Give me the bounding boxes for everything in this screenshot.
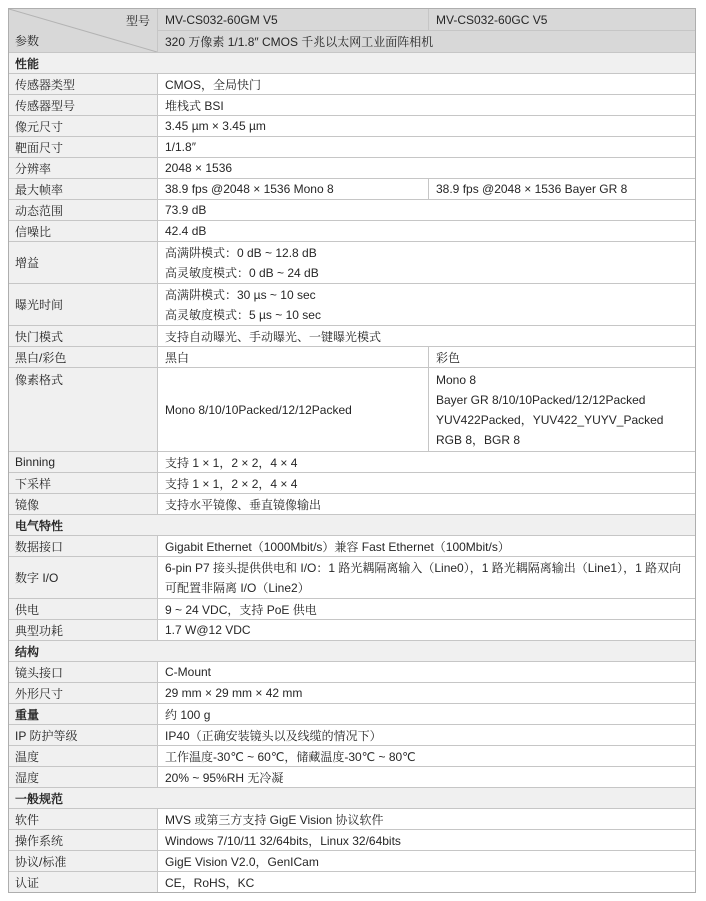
row-label: 数字 I/O: [9, 557, 158, 598]
row-value: Gigabit Ethernet（1000Mbit/s）兼容 Fast Ethe…: [158, 536, 695, 556]
table-row: 曝光时间 高满阱模式：30 µs ~ 10 sec 高灵敏度模式：5 µs ~ …: [9, 284, 695, 326]
row-label: 协议/标准: [9, 851, 158, 871]
spec-table: 型号 参数 MV-CS032-60GM V5 MV-CS032-60GC V5 …: [8, 8, 696, 893]
table-row: 动态范围 73.9 dB: [9, 200, 695, 221]
model-name-mono: MV-CS032-60GM V5: [158, 9, 429, 30]
row-label: 动态范围: [9, 200, 158, 220]
header-corner-cell: 型号 参数: [9, 9, 158, 52]
row-value: 20% ~ 95%RH 无冷凝: [158, 767, 695, 787]
table-row: 供电 9 ~ 24 VDC，支持 PoE 供电: [9, 599, 695, 620]
table-row: 分辨率 2048 × 1536: [9, 158, 695, 179]
row-value-color: 彩色: [429, 347, 695, 367]
row-value-color: Mono 8 Bayer GR 8/10/10Packed/12/12Packe…: [429, 368, 695, 451]
row-label: 数据接口: [9, 536, 158, 556]
table-row-split: 最大帧率 38.9 fps @2048 × 1536 Mono 8 38.9 f…: [9, 179, 695, 200]
table-row: 软件 MVS 或第三方支持 GigE Vision 协议软件: [9, 809, 695, 830]
model-name-color: MV-CS032-60GC V5: [429, 9, 695, 30]
table-row: 认证 CE，RoHS，KC: [9, 872, 695, 892]
row-label: 像素格式: [9, 368, 158, 451]
row-value: 9 ~ 24 VDC，支持 PoE 供电: [158, 599, 695, 619]
row-label: 分辨率: [9, 158, 158, 178]
row-label: 温度: [9, 746, 158, 766]
row-label: 软件: [9, 809, 158, 829]
table-row: 靶面尺寸 1/1.8″: [9, 137, 695, 158]
row-value: IP40（正确安装镜头以及线缆的情况下）: [158, 725, 695, 745]
row-value: GigE Vision V2.0，GenICam: [158, 851, 695, 871]
table-row: 像元尺寸 3.45 µm × 3.45 µm: [9, 116, 695, 137]
row-label: 传感器类型: [9, 74, 158, 94]
row-label: IP 防护等级: [9, 725, 158, 745]
section-row-performance: 性能: [9, 53, 695, 74]
section-row-electrical: 电气特性: [9, 515, 695, 536]
table-row: 重量 约 100 g: [9, 704, 695, 725]
table-row: Binning 支持 1 × 1，2 × 2，4 × 4: [9, 452, 695, 473]
row-value-mono: 38.9 fps @2048 × 1536 Mono 8: [158, 179, 429, 199]
row-label: 外形尺寸: [9, 683, 158, 703]
page: { "colors": { "header_bg": "#d8d8d8", "l…: [0, 0, 706, 901]
table-row: 镜像 支持水平镜像、垂直镜像输出: [9, 494, 695, 515]
table-row: 数字 I/O 6-pin P7 接头提供供电和 I/O：1 路光耦隔离输入（Li…: [9, 557, 695, 599]
row-value: 支持水平镜像、垂直镜像输出: [158, 494, 695, 514]
section-title: 电气特性: [9, 515, 695, 535]
table-header: 型号 参数 MV-CS032-60GM V5 MV-CS032-60GC V5 …: [9, 9, 695, 53]
row-value-color: 38.9 fps @2048 × 1536 Bayer GR 8: [429, 179, 695, 199]
section-title: 一般规范: [9, 788, 695, 808]
row-label: 认证: [9, 872, 158, 892]
row-value: CE，RoHS，KC: [158, 872, 695, 892]
table-row: 下采样 支持 1 × 1，2 × 2，4 × 4: [9, 473, 695, 494]
row-value: 73.9 dB: [158, 200, 695, 220]
row-label: 曝光时间: [9, 284, 158, 325]
row-value: 支持 1 × 1，2 × 2，4 × 4: [158, 473, 695, 493]
header-right: MV-CS032-60GM V5 MV-CS032-60GC V5 320 万像…: [158, 9, 695, 52]
row-value-mono: 黑白: [158, 347, 429, 367]
row-value: 高满阱模式：0 dB ~ 12.8 dB 高灵敏度模式：0 dB ~ 24 dB: [158, 242, 695, 283]
row-value-mono: Mono 8/10/10Packed/12/12Packed: [158, 368, 429, 451]
section-row-general: 一般规范: [9, 788, 695, 809]
table-row: 湿度 20% ~ 95%RH 无冷凝: [9, 767, 695, 788]
row-label: 供电: [9, 599, 158, 619]
table-row: 温度 工作温度-30℃ ~ 60℃，储藏温度-30℃ ~ 80℃: [9, 746, 695, 767]
table-row-split: 像素格式 Mono 8/10/10Packed/12/12Packed Mono…: [9, 368, 695, 452]
table-row: 外形尺寸 29 mm × 29 mm × 42 mm: [9, 683, 695, 704]
table-row: 传感器类型 CMOS，全局快门: [9, 74, 695, 95]
row-label: 信噪比: [9, 221, 158, 241]
row-value: 堆栈式 BSI: [158, 95, 695, 115]
row-value: CMOS，全局快门: [158, 74, 695, 94]
corner-label-model: 型号: [126, 12, 150, 29]
row-value: Windows 7/10/11 32/64bits，Linux 32/64bit…: [158, 830, 695, 850]
model-row: MV-CS032-60GM V5 MV-CS032-60GC V5: [158, 9, 695, 31]
row-value: 42.4 dB: [158, 221, 695, 241]
section-row-structure: 结构: [9, 641, 695, 662]
table-row: IP 防护等级 IP40（正确安装镜头以及线缆的情况下）: [9, 725, 695, 746]
table-row: 增益 高满阱模式：0 dB ~ 12.8 dB 高灵敏度模式：0 dB ~ 24…: [9, 242, 695, 284]
row-value: 2048 × 1536: [158, 158, 695, 178]
row-label: 黑白/彩色: [9, 347, 158, 367]
corner-label-parameter: 参数: [15, 32, 39, 49]
row-value: 1.7 W@12 VDC: [158, 620, 695, 640]
row-label: 重量: [9, 704, 158, 724]
table-row: 镜头接口 C-Mount: [9, 662, 695, 683]
row-label: 像元尺寸: [9, 116, 158, 136]
row-label: 最大帧率: [9, 179, 158, 199]
row-label: 湿度: [9, 767, 158, 787]
row-label: 传感器型号: [9, 95, 158, 115]
row-label: 镜像: [9, 494, 158, 514]
section-title: 性能: [9, 53, 695, 73]
row-label: Binning: [9, 452, 158, 472]
row-value: 支持 1 × 1，2 × 2，4 × 4: [158, 452, 695, 472]
row-value: 6-pin P7 接头提供供电和 I/O：1 路光耦隔离输入（Line0），1 …: [158, 557, 695, 598]
row-label: 典型功耗: [9, 620, 158, 640]
row-value: MVS 或第三方支持 GigE Vision 协议软件: [158, 809, 695, 829]
row-value: 29 mm × 29 mm × 42 mm: [158, 683, 695, 703]
table-row: 协议/标准 GigE Vision V2.0，GenICam: [9, 851, 695, 872]
row-value: 约 100 g: [158, 704, 695, 724]
table-row: 操作系统 Windows 7/10/11 32/64bits，Linux 32/…: [9, 830, 695, 851]
product-description: 320 万像素 1/1.8″ CMOS 千兆以太网工业面阵相机: [158, 31, 695, 52]
row-label: 操作系统: [9, 830, 158, 850]
table-row: 信噪比 42.4 dB: [9, 221, 695, 242]
table-row-split: 黑白/彩色 黑白 彩色: [9, 347, 695, 368]
row-value: 1/1.8″: [158, 137, 695, 157]
row-label: 镜头接口: [9, 662, 158, 682]
row-label: 靶面尺寸: [9, 137, 158, 157]
row-label: 增益: [9, 242, 158, 283]
row-value: 高满阱模式：30 µs ~ 10 sec 高灵敏度模式：5 µs ~ 10 se…: [158, 284, 695, 325]
table-row: 传感器型号 堆栈式 BSI: [9, 95, 695, 116]
table-row: 典型功耗 1.7 W@12 VDC: [9, 620, 695, 641]
row-label: 快门模式: [9, 326, 158, 346]
table-row: 快门模式 支持自动曝光、手动曝光、一键曝光模式: [9, 326, 695, 347]
table-row: 数据接口 Gigabit Ethernet（1000Mbit/s）兼容 Fast…: [9, 536, 695, 557]
row-value: 支持自动曝光、手动曝光、一键曝光模式: [158, 326, 695, 346]
row-value: C-Mount: [158, 662, 695, 682]
section-title: 结构: [9, 641, 695, 661]
row-value: 工作温度-30℃ ~ 60℃，储藏温度-30℃ ~ 80℃: [158, 746, 695, 766]
row-value: 3.45 µm × 3.45 µm: [158, 116, 695, 136]
row-label: 下采样: [9, 473, 158, 493]
